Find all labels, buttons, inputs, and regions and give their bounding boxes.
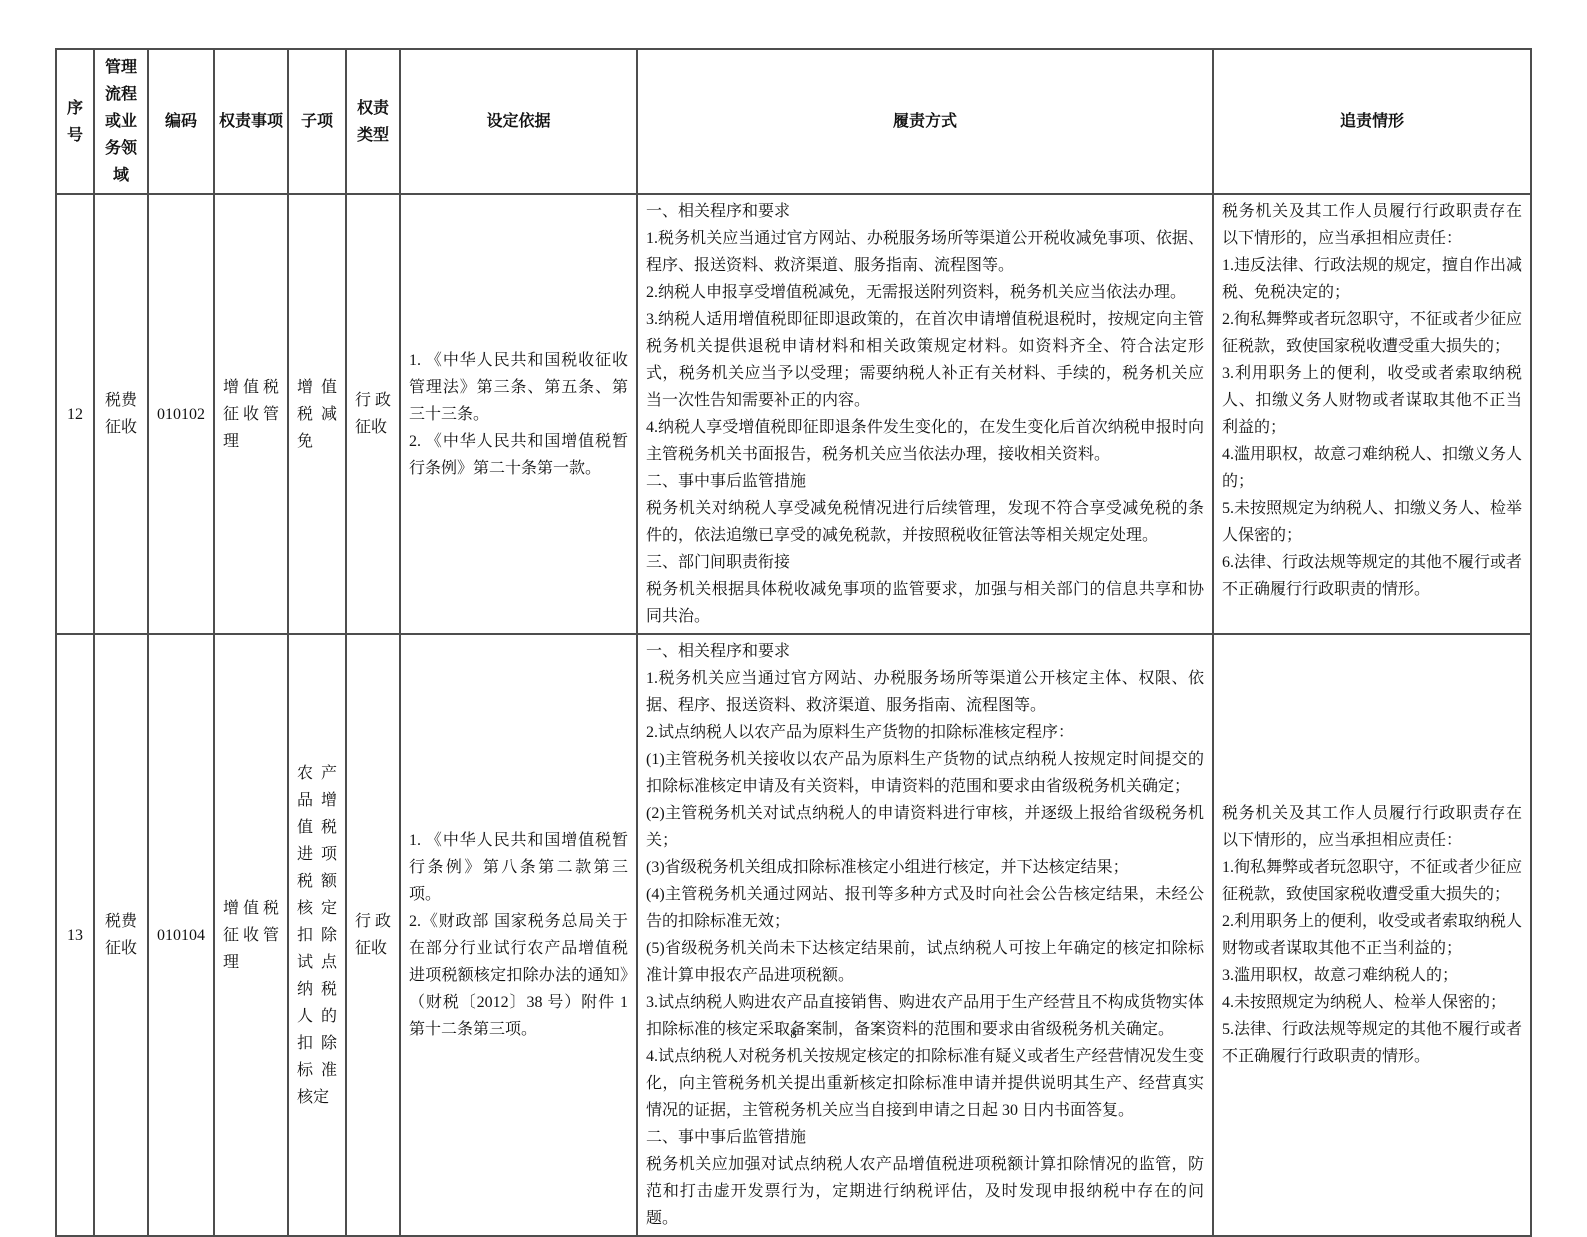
table-row: 12 税费征收 010102 增值税征收管理 增值税减免 行政征收 1. 《中华…: [56, 194, 1531, 634]
col-header-duty-type: 权责类型: [346, 49, 400, 194]
cell-sub-item: 农产品增值税进项税额核定扣除试点纳税人的扣除标准核定: [288, 634, 346, 1236]
cell-accountability: 税务机关及其工作人员履行行政职责存在以下情形的，应当承担相应责任： 1.违反法律…: [1213, 194, 1531, 634]
cell-performance-method: 一、相关程序和要求 1.税务机关应当通过官方网站、办税服务场所等渠道公开税收减免…: [637, 194, 1213, 634]
col-header-business-area: 管理流程或业务领域: [94, 49, 148, 194]
col-header-duty-item: 权责事项: [214, 49, 288, 194]
cell-business-area: 税费征收: [94, 634, 148, 1236]
cell-performance-method: 一、相关程序和要求 1.税务机关应当通过官方网站、办税服务场所等渠道公开核定主体…: [637, 634, 1213, 1236]
cell-serial-number: 13: [56, 634, 94, 1236]
cell-serial-number: 12: [56, 194, 94, 634]
col-header-accountability: 追责情形: [1213, 49, 1531, 194]
cell-legal-basis: 1. 《中华人民共和国增值税暂行条例》第八条第二款第三项。 2.《财政部 国家税…: [400, 634, 637, 1236]
document-sheet: 序号 管理流程或业务领域 编码 权责事项 子项 权责类型 设定依据 履责方式 追…: [55, 48, 1530, 1237]
table-row: 13 税费征收 010104 增值税征收管理 农产品增值税进项税额核定扣除试点纳…: [56, 634, 1531, 1236]
table-header-row: 序号 管理流程或业务领域 编码 权责事项 子项 权责类型 设定依据 履责方式 追…: [56, 49, 1531, 194]
cell-duty-type: 行政征收: [346, 634, 400, 1236]
col-header-code: 编码: [148, 49, 214, 194]
col-header-sub-item: 子项: [288, 49, 346, 194]
cell-business-area: 税费征收: [94, 194, 148, 634]
cell-accountability: 税务机关及其工作人员履行行政职责存在以下情形的，应当承担相应责任： 1.徇私舞弊…: [1213, 634, 1531, 1236]
cell-duty-item: 增值税征收管理: [214, 194, 288, 634]
cell-duty-type: 行政征收: [346, 194, 400, 634]
col-header-legal-basis: 设定依据: [400, 49, 637, 194]
cell-legal-basis: 1. 《中华人民共和国税收征收管理法》第三条、第五条、第三十三条。 2. 《中华…: [400, 194, 637, 634]
cell-code: 010102: [148, 194, 214, 634]
cell-duty-item: 增值税征收管理: [214, 634, 288, 1236]
duty-responsibility-table: 序号 管理流程或业务领域 编码 权责事项 子项 权责类型 设定依据 履责方式 追…: [55, 48, 1532, 1237]
col-header-serial-number: 序号: [56, 49, 94, 194]
col-header-performance-method: 履责方式: [637, 49, 1213, 194]
cell-sub-item: 增值税减免: [288, 194, 346, 634]
cell-code: 010104: [148, 634, 214, 1236]
page-number: 8: [0, 1026, 1587, 1042]
